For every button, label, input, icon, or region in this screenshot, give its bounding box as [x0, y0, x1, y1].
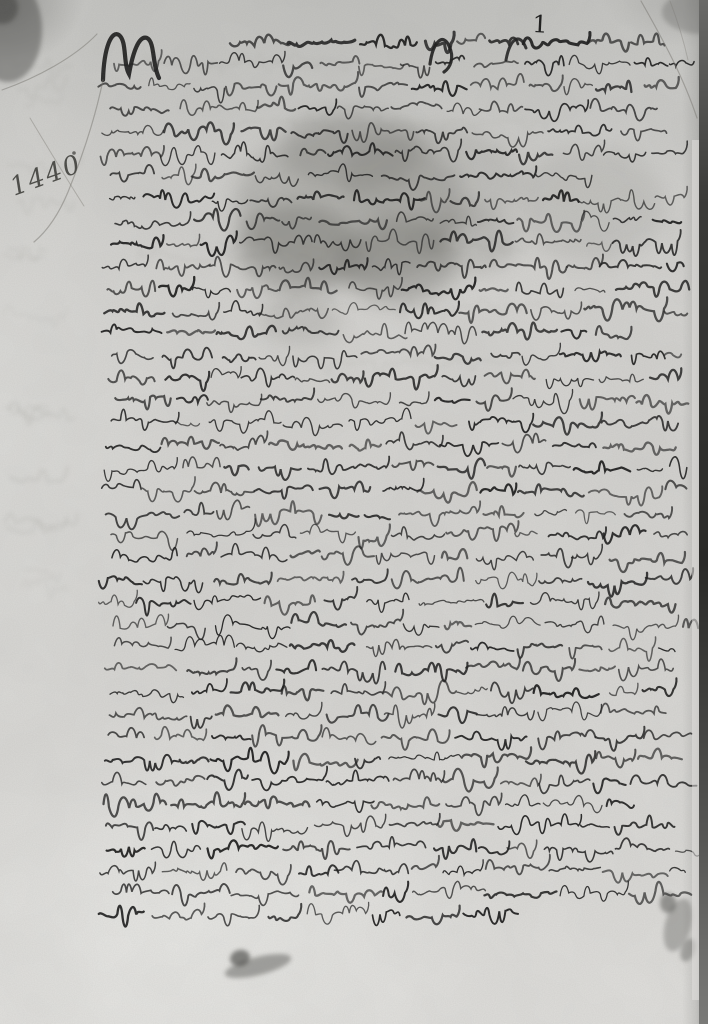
page-edge-shadow [699, 0, 708, 1024]
page-edge-highlight [692, 140, 700, 1000]
manuscript-page: 1440 1 [0, 0, 708, 1024]
manuscript-photo: 1440 1 [0, 0, 708, 1024]
paper-grain-texture [0, 0, 708, 1024]
